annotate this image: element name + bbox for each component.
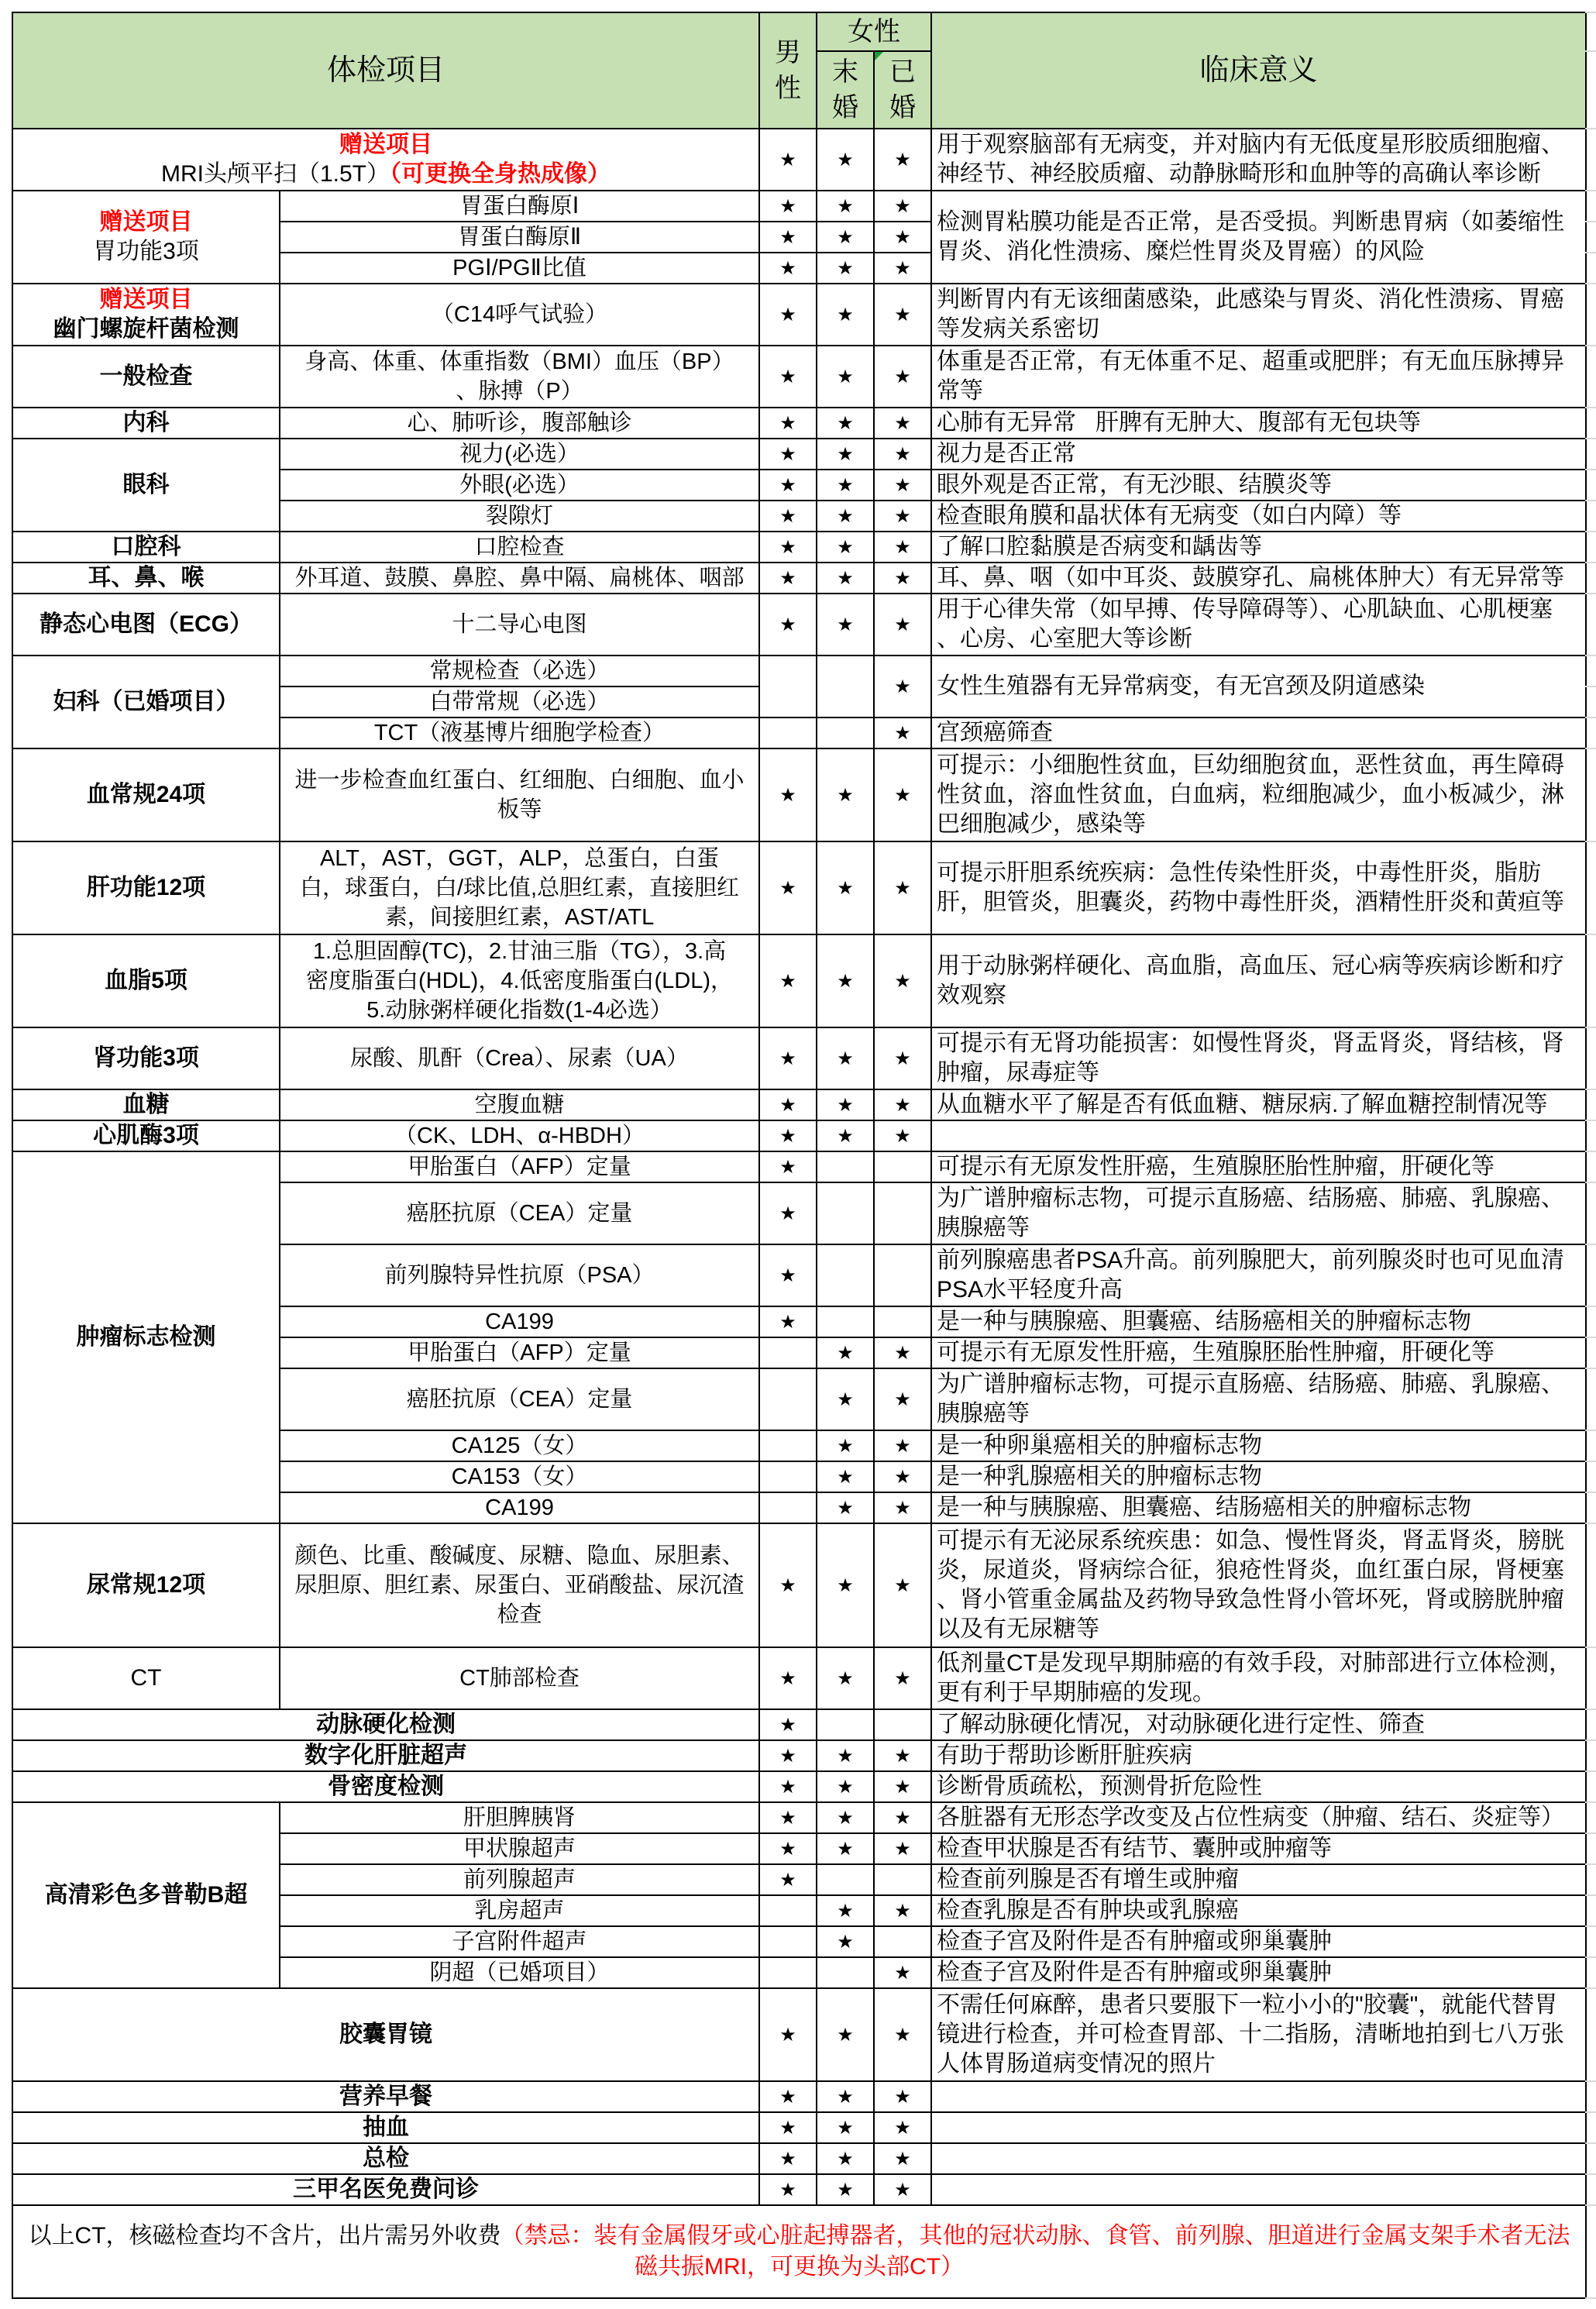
married-mark: ★	[874, 501, 931, 532]
male-mark: ★	[759, 1709, 817, 1740]
unmarried-mark	[817, 656, 874, 717]
clinical-significance-cell: 是一种乳腺癌相关的肿瘤标志物	[931, 1461, 1586, 1492]
married-mark: ★	[874, 439, 931, 470]
unmarried-mark: ★	[817, 129, 874, 191]
married-mark: ★	[874, 1523, 931, 1647]
clinical-significance-cell: 检查子宫及附件是否有肿瘤或卵巢囊肿	[931, 1926, 1586, 1957]
clinical-significance-cell: 不需任何麻醉，患者只要服下一粒小小的"胶囊"，就能代替胃 镜进行检查，并可检查胃…	[931, 1988, 1586, 2081]
table-row: 血脂5项 1.总胆固醇(TC)，2.甘油三脂（TG），3.高 密度脂蛋白(HDL…	[12, 934, 1586, 1027]
header-male: 男性	[759, 12, 817, 129]
clinical-significance-cell: 可提示：小细胞性贫血，巨幼细胞贫血，恶性贫血，再生障碍 性贫血，溶血性贫血，白血…	[931, 748, 1586, 841]
item-cell: 肝胆脾胰肾	[280, 1802, 759, 1833]
table-row: 尿常规12项 颜色、比重、酸碱度、尿糖、隐血、尿胆素、 尿胆原、胆红素、尿蛋白、…	[12, 1523, 1586, 1647]
male-mark: ★	[759, 1182, 817, 1244]
married-mark: ★	[874, 1368, 931, 1430]
unmarried-mark: ★	[817, 346, 874, 408]
married-mark: ★	[874, 129, 931, 191]
male-mark: ★	[759, 1988, 817, 2081]
item-cell: CA199	[280, 1492, 759, 1523]
married-mark: ★	[874, 2081, 931, 2112]
unmarried-mark: ★	[817, 934, 874, 1027]
male-mark: ★	[759, 563, 817, 594]
male-mark	[759, 1461, 817, 1492]
male-mark: ★	[759, 346, 817, 408]
married-mark: ★	[874, 408, 931, 439]
clinical-significance-cell: 检查眼角膜和晶状体有无病变（如白内障）等	[931, 501, 1586, 532]
unmarried-mark	[817, 1864, 874, 1895]
married-mark: ★	[874, 717, 931, 748]
married-mark	[874, 1151, 931, 1182]
category-cell: 赠送项目胃功能3项	[12, 191, 280, 284]
table-row: 骨密度检测 ★ ★ ★ 诊断骨质疏松，预测骨折危险性	[12, 1771, 1586, 1802]
table-row: 血常规24项 进一步检查血红蛋白、红细胞、白细胞、血小 板等 ★ ★ ★ 可提示…	[12, 748, 1586, 841]
married-mark: ★	[874, 470, 931, 501]
male-mark: ★	[759, 2112, 817, 2143]
married-mark: ★	[874, 253, 931, 284]
category-cell: 一般检查	[12, 346, 280, 408]
married-mark: ★	[874, 2112, 931, 2143]
category-cell: 高清彩色多普勒B超	[12, 1802, 280, 1988]
male-mark: ★	[759, 408, 817, 439]
clinical-significance-cell: 女性生殖器有无异常病变，有无宫颈及阴道感染	[931, 656, 1586, 717]
footer-warning: （禁忌：装有金属假牙或心脏起搏器者，其他的冠状动脉、食管、前列腺、胆道进行金属支…	[501, 2223, 1570, 2280]
table-row: 肝功能12项 ALT，AST，GGT，ALP，总蛋白，白蛋 白，球蛋白，白/球比…	[12, 841, 1586, 934]
table-row: CT CT肺部检查 ★ ★ ★ 低剂量CT是发现早期肺癌的有效手段，对肺部进行立…	[12, 1647, 1586, 1709]
unmarried-mark: ★	[817, 748, 874, 841]
checkup-package-table: 体检项目 男性 女性 临床意义 末婚 已婚 赠送项目MRI头颅平扫（1.5T）（…	[12, 12, 1587, 2299]
unmarried-mark: ★	[817, 2174, 874, 2205]
item-cell: 子宫附件超声	[280, 1926, 759, 1957]
gift-tag: 赠送项目	[16, 285, 276, 315]
unmarried-mark: ★	[817, 2112, 874, 2143]
clinical-significance-cell	[931, 2143, 1586, 2174]
table-row: 赠送项目胃功能3项 胃蛋白酶原Ⅰ ★ ★ ★ 检测胃粘膜功能是否正常，是否受损。…	[12, 191, 1586, 222]
married-mark: ★	[874, 1988, 931, 2081]
table-row: 总检 ★ ★ ★	[12, 2143, 1586, 2174]
clinical-significance-cell: 了解口腔黏膜是否病变和龋齿等	[931, 532, 1586, 563]
table-row: 赠送项目MRI头颅平扫（1.5T）（可更换全身热成像） ★ ★ ★ 用于观察脑部…	[12, 129, 1586, 191]
unmarried-mark: ★	[817, 594, 874, 656]
category-cell: 赠送项目MRI头颅平扫（1.5T）（可更换全身热成像）	[12, 129, 759, 191]
married-mark	[874, 1306, 931, 1337]
male-mark: ★	[759, 841, 817, 934]
clinical-significance-cell: 检查甲状腺是否有结节、囊肿或肿瘤等	[931, 1833, 1586, 1864]
married-mark: ★	[874, 2143, 931, 2174]
table-row: 一般检查 身高、体重、体重指数（BMI）血压（BP） 、脉搏（P） ★ ★ ★ …	[12, 346, 1586, 408]
clinical-significance-cell: 可提示肝胆系统疾病：急性传染性肝炎，中毒性肝炎，脂肪 肝，胆管炎，胆囊炎，药物中…	[931, 841, 1586, 934]
male-mark: ★	[759, 129, 817, 191]
unmarried-mark: ★	[817, 284, 874, 346]
unmarried-mark	[817, 1306, 874, 1337]
gift-tag: 赠送项目	[16, 130, 755, 160]
unmarried-mark: ★	[817, 501, 874, 532]
male-mark: ★	[759, 1740, 817, 1771]
clinical-significance-cell: 检查乳腺是否有肿块或乳腺癌	[931, 1895, 1586, 1926]
married-mark: ★	[874, 191, 931, 222]
married-mark: ★	[874, 934, 931, 1027]
unmarried-mark: ★	[817, 1027, 874, 1089]
clinical-significance-cell	[931, 2112, 1586, 2143]
clinical-significance-cell: 为广谱肿瘤标志物，可提示直肠癌、结肠癌、肺癌、乳腺癌、 胰腺癌等	[931, 1368, 1586, 1430]
unmarried-mark: ★	[817, 2143, 874, 2174]
male-mark: ★	[759, 1120, 817, 1151]
category-cell: 赠送项目幽门螺旋杆菌检测	[12, 284, 280, 346]
item-cell: ALT，AST，GGT，ALP，总蛋白，白蛋 白，球蛋白，白/球比值,总胆红素，…	[280, 841, 759, 934]
item-cell: 十二导心电图	[280, 594, 759, 656]
unmarried-mark: ★	[817, 1895, 874, 1926]
unmarried-mark	[817, 1151, 874, 1182]
unmarried-mark: ★	[817, 1337, 874, 1368]
header-item: 体检项目	[12, 12, 759, 129]
male-mark: ★	[759, 1647, 817, 1709]
married-mark: ★	[874, 1771, 931, 1802]
table-row: 赠送项目幽门螺旋杆菌检测 （C14呼气试验） ★ ★ ★ 判断胃内有无该细菌感染…	[12, 284, 1586, 346]
header-female: 女性	[817, 12, 931, 51]
clinical-significance-cell: 视力是否正常	[931, 439, 1586, 470]
unmarried-mark: ★	[817, 2081, 874, 2112]
male-mark: ★	[759, 1027, 817, 1089]
table-row: 心肌酶3项 （CK、LDH、α-HBDH） ★ ★ ★	[12, 1120, 1586, 1151]
married-mark: ★	[874, 748, 931, 841]
male-mark	[759, 1492, 817, 1523]
clinical-significance-cell: 用于观察脑部有无病变，并对脑内有无低度星形胶质细胞瘤、 神经节、神经胶质瘤、动静…	[931, 129, 1586, 191]
table-row: 营养早餐 ★ ★ ★	[12, 2081, 1586, 2112]
married-mark: ★	[874, 284, 931, 346]
male-mark: ★	[759, 2174, 817, 2205]
category-label: 幽门螺旋杆菌检测	[16, 315, 276, 344]
item-cell: 外眼(必选）	[280, 470, 759, 501]
male-mark: ★	[759, 439, 817, 470]
clinical-significance-cell: 是一种与胰腺癌、胆囊癌、结肠癌相关的肿瘤标志物	[931, 1492, 1586, 1523]
table-row: 妇科（已婚项目） 常规检查（必选） ★ 女性生殖器有无异常病变，有无宫颈及阴道感…	[12, 656, 1586, 687]
category-cell: 尿常规12项	[12, 1523, 280, 1647]
male-mark: ★	[759, 1864, 817, 1895]
item-cell: 尿酸、肌酐（Crea）、尿素（UA）	[280, 1027, 759, 1089]
table-row: 口腔科 口腔检查 ★ ★ ★ 了解口腔黏膜是否病变和龋齿等	[12, 532, 1586, 563]
item-cell: 胃蛋白酶原Ⅱ	[280, 222, 759, 253]
category-cell: 口腔科	[12, 532, 280, 563]
married-mark: ★	[874, 1027, 931, 1089]
item-cell: 甲状腺超声	[280, 1833, 759, 1864]
male-mark: ★	[759, 748, 817, 841]
unmarried-mark	[817, 717, 874, 748]
unmarried-mark: ★	[817, 1089, 874, 1120]
item-cell: 颜色、比重、酸碱度、尿糖、隐血、尿胆素、 尿胆原、胆红素、尿蛋白、亚硝酸盐、尿沉…	[280, 1523, 759, 1647]
married-mark: ★	[874, 346, 931, 408]
category-cell: 肾功能3项	[12, 1027, 280, 1089]
category-cell: 肿瘤标志检测	[12, 1151, 280, 1523]
clinical-significance-cell: 检查前列腺是否有增生或肿瘤	[931, 1864, 1586, 1895]
male-mark: ★	[759, 222, 817, 253]
unmarried-mark: ★	[817, 1740, 874, 1771]
unmarried-mark: ★	[817, 191, 874, 222]
married-mark: ★	[874, 1740, 931, 1771]
clinical-significance-cell: 诊断骨质疏松，预测骨折危险性	[931, 1771, 1586, 1802]
table-row: 三甲名医免费问诊 ★ ★ ★	[12, 2174, 1586, 2205]
married-mark: ★	[874, 1647, 931, 1709]
married-mark: ★	[874, 1120, 931, 1151]
clinical-significance-cell: 可提示有无肾功能损害：如慢性肾炎，肾盂肾炎，肾结核，肾 肿瘤，尿毒症等	[931, 1027, 1586, 1089]
married-mark	[874, 1709, 931, 1740]
item-cell: 外耳道、鼓膜、鼻腔、鼻中隔、扁桃体、咽部	[280, 563, 759, 594]
item-cell: CT肺部检查	[280, 1647, 759, 1709]
gift-tag: 赠送项目	[16, 208, 276, 237]
married-mark: ★	[874, 1430, 931, 1461]
header-male-label: 男性	[773, 35, 802, 106]
married-mark: ★	[874, 841, 931, 934]
category-cell: 血糖	[12, 1089, 280, 1120]
married-mark: ★	[874, 1461, 931, 1492]
unmarried-mark: ★	[817, 470, 874, 501]
item-cell: （C14呼气试验）	[280, 284, 759, 346]
male-mark: ★	[759, 2081, 817, 2112]
married-mark: ★	[874, 532, 931, 563]
male-mark: ★	[759, 934, 817, 1027]
unmarried-mark: ★	[817, 1523, 874, 1647]
married-mark	[874, 1244, 931, 1306]
category-cell: 耳、鼻、喉	[12, 563, 280, 594]
unmarried-mark: ★	[817, 1120, 874, 1151]
unmarried-mark: ★	[817, 222, 874, 253]
male-mark: ★	[759, 1089, 817, 1120]
item-cell: 视力(必选）	[280, 439, 759, 470]
sheet-gridlines	[1585, 0, 1596, 2309]
clinical-significance-cell: 有助于帮助诊断肝脏疾病	[931, 1740, 1586, 1771]
clinical-significance-cell: 是一种与胰腺癌、胆囊癌、结肠癌相关的肿瘤标志物	[931, 1306, 1586, 1337]
header-unmarried: 末婚	[817, 51, 874, 129]
category-cell: 内科	[12, 408, 280, 439]
clinical-significance-cell: 心肺有无异常 肝脾有无肿大、腹部有无包块等	[931, 408, 1586, 439]
item-cell: 心、肺听诊，腹部触诊	[280, 408, 759, 439]
header-clinical: 临床意义	[931, 12, 1586, 129]
male-mark: ★	[759, 594, 817, 656]
clinical-significance-cell	[931, 1120, 1586, 1151]
header-unmarried-label: 末婚	[831, 54, 859, 126]
male-mark: ★	[759, 253, 817, 284]
unmarried-mark: ★	[817, 1771, 874, 1802]
unmarried-mark: ★	[817, 563, 874, 594]
male-mark: ★	[759, 191, 817, 222]
unmarried-mark	[817, 1182, 874, 1244]
item-cell: 癌胚抗原（CEA）定量	[280, 1368, 759, 1430]
unmarried-mark: ★	[817, 1926, 874, 1957]
unmarried-mark: ★	[817, 1461, 874, 1492]
unmarried-mark: ★	[817, 439, 874, 470]
comment-indicator-icon	[875, 52, 883, 60]
male-mark	[759, 1430, 817, 1461]
unmarried-mark: ★	[817, 532, 874, 563]
unmarried-mark: ★	[817, 1833, 874, 1864]
clinical-significance-cell: 可提示有无原发性肝癌，生殖腺胚胎性肿瘤，肝硬化等	[931, 1337, 1586, 1368]
unmarried-mark: ★	[817, 1802, 874, 1833]
footer-row: 以上CT，核磁检查均不含片，出片需另外收费（禁忌：装有金属假牙或心脏起搏器者，其…	[12, 2205, 1586, 2298]
table-row: 动脉硬化检测 ★ 了解动脉硬化情况，对动脉硬化进行定性、筛查	[12, 1709, 1586, 1740]
clinical-significance-cell: 为广谱肿瘤标志物，可提示直肠癌、结肠癌、肺癌、乳腺癌、 胰腺癌等	[931, 1182, 1586, 1244]
table-row: 高清彩色多普勒B超 肝胆脾胰肾 ★ ★ ★ 各脏器有无形态学改变及占位性病变（肿…	[12, 1802, 1586, 1833]
male-mark: ★	[759, 470, 817, 501]
married-mark: ★	[874, 1337, 931, 1368]
table-row: 血糖 空腹血糖 ★ ★ ★ 从血糖水平了解是否有低血糖、糖尿病.了解血糖控制情况…	[12, 1089, 1586, 1120]
married-mark: ★	[874, 1895, 931, 1926]
male-mark	[759, 1895, 817, 1926]
header-married: 已婚	[874, 51, 931, 129]
male-mark	[759, 717, 817, 748]
unmarried-mark: ★	[817, 253, 874, 284]
header-row: 体检项目 男性 女性 临床意义	[12, 12, 1586, 51]
male-mark	[759, 656, 817, 717]
male-mark: ★	[759, 1244, 817, 1306]
clinical-significance-cell: 用于动脉粥样硬化、高血脂，高血压、冠心病等疾病诊断和疗 效观察	[931, 934, 1586, 1027]
clinical-significance-cell	[931, 2081, 1586, 2112]
item-cell: 常规检查（必选）	[280, 656, 759, 687]
item-cell: （CK、LDH、α-HBDH）	[280, 1120, 759, 1151]
category-cell: 肝功能12项	[12, 841, 280, 934]
footer-note-cell: 以上CT，核磁检查均不含片，出片需另外收费（禁忌：装有金属假牙或心脏起搏器者，其…	[12, 2205, 1586, 2298]
category-note: （可更换全身热成像）	[390, 161, 611, 187]
male-mark: ★	[759, 2143, 817, 2174]
clinical-significance-cell: 用于心律失常（如早搏、传导障碍等）、心肌缺血、心肌梗塞 、心房、心室肥大等诊断	[931, 594, 1586, 656]
item-cell: CA153（女）	[280, 1461, 759, 1492]
category-cell: 心肌酶3项	[12, 1120, 280, 1151]
clinical-significance-cell: 是一种卵巢癌相关的肿瘤标志物	[931, 1430, 1586, 1461]
category-cell: 胶囊胃镜	[12, 1988, 759, 2081]
male-mark: ★	[759, 284, 817, 346]
married-mark	[874, 1182, 931, 1244]
category-cell: 血脂5项	[12, 934, 280, 1027]
male-mark: ★	[759, 532, 817, 563]
married-mark: ★	[874, 656, 931, 717]
married-mark: ★	[874, 222, 931, 253]
unmarried-mark	[817, 1709, 874, 1740]
table-row: 内科 心、肺听诊，腹部触诊 ★ ★ ★ 心肺有无异常 肝脾有无肿大、腹部有无包块…	[12, 408, 1586, 439]
table-row: 肾功能3项 尿酸、肌酐（Crea）、尿素（UA） ★ ★ ★ 可提示有无肾功能损…	[12, 1027, 1586, 1089]
item-cell: 胃蛋白酶原Ⅰ	[280, 191, 759, 222]
married-mark: ★	[874, 594, 931, 656]
male-mark: ★	[759, 1306, 817, 1337]
item-cell: 白带常规（必选）	[280, 687, 759, 717]
clinical-significance-cell: 宫颈癌筛查	[931, 717, 1586, 748]
clinical-significance-cell: 体重是否正常，有无体重不足、超重或肥胖；有无血压脉搏异 常等	[931, 346, 1586, 408]
clinical-significance-cell: 可提示有无原发性肝癌，生殖腺胚胎性肿瘤，肝硬化等	[931, 1151, 1586, 1182]
clinical-significance-cell: 从血糖水平了解是否有低血糖、糖尿病.了解血糖控制情况等	[931, 1089, 1586, 1120]
unmarried-mark: ★	[817, 1430, 874, 1461]
male-mark	[759, 1926, 817, 1957]
item-cell: 口腔检查	[280, 532, 759, 563]
unmarried-mark: ★	[817, 1647, 874, 1709]
unmarried-mark	[817, 1244, 874, 1306]
item-cell: 裂隙灯	[280, 501, 759, 532]
clinical-significance-cell: 低剂量CT是发现早期肺癌的有效手段，对肺部进行立体检测， 更有利于早期肺癌的发现…	[931, 1647, 1586, 1709]
married-mark: ★	[874, 1492, 931, 1523]
item-cell: TCT（液基博片细胞学检查）	[280, 717, 759, 748]
unmarried-mark	[817, 1957, 874, 1988]
footer-note: 以上CT，核磁检查均不含片，出片需另外收费	[29, 2223, 501, 2249]
item-cell: 癌胚抗原（CEA）定量	[280, 1182, 759, 1244]
male-mark: ★	[759, 1833, 817, 1864]
item-cell: 甲胎蛋白（AFP）定量	[280, 1337, 759, 1368]
item-cell: 身高、体重、体重指数（BMI）血压（BP） 、脉搏（P）	[280, 346, 759, 408]
category-cell: CT	[12, 1647, 280, 1709]
category-cell: 营养早餐	[12, 2081, 759, 2112]
clinical-significance-cell: 检查子宫及附件是否有肿瘤或卵巢囊肿	[931, 1957, 1586, 1988]
category-cell: 总检	[12, 2143, 759, 2174]
header-married-label: 已婚	[888, 54, 917, 126]
clinical-significance-cell: 眼外观是否正常，有无沙眼、结膜炎等	[931, 470, 1586, 501]
male-mark: ★	[759, 1151, 817, 1182]
clinical-significance-cell: 可提示有无泌尿系统疾患：如急、慢性肾炎，肾盂肾炎，膀胱 炎，尿道炎，肾病综合征，…	[931, 1523, 1586, 1647]
unmarried-mark: ★	[817, 1988, 874, 2081]
item-cell: 甲胎蛋白（AFP）定量	[280, 1151, 759, 1182]
table-row: 肿瘤标志检测 甲胎蛋白（AFP）定量 ★ 可提示有无原发性肝癌，生殖腺胚胎性肿瘤…	[12, 1151, 1586, 1182]
married-mark: ★	[874, 563, 931, 594]
clinical-significance-cell: 检测胃粘膜功能是否正常，是否受损。判断患胃病（如萎缩性 胃炎、消化性溃疡、糜烂性…	[931, 191, 1586, 284]
married-mark: ★	[874, 1802, 931, 1833]
category-cell: 血常规24项	[12, 748, 280, 841]
category-cell: 眼科	[12, 439, 280, 532]
item-cell: 前列腺特异性抗原（PSA）	[280, 1244, 759, 1306]
male-mark	[759, 1368, 817, 1430]
male-mark: ★	[759, 501, 817, 532]
item-cell: PGⅠ/PGⅡ比值	[280, 253, 759, 284]
unmarried-mark: ★	[817, 408, 874, 439]
table-row: 数字化肝脏超声 ★ ★ ★ 有助于帮助诊断肝脏疾病	[12, 1740, 1586, 1771]
table-row: 静态心电图（ECG） 十二导心电图 ★ ★ ★ 用于心律失常（如早搏、传导障碍等…	[12, 594, 1586, 656]
category-cell: 动脉硬化检测	[12, 1709, 759, 1740]
married-mark: ★	[874, 1957, 931, 1988]
clinical-significance-cell	[931, 2174, 1586, 2205]
married-mark: ★	[874, 1089, 931, 1120]
clinical-significance-cell: 前列腺癌患者PSA升高。前列腺肥大，前列腺炎时也可见血清 PSA水平轻度升高	[931, 1244, 1586, 1306]
married-mark: ★	[874, 2174, 931, 2205]
item-cell: 进一步检查血红蛋白、红细胞、白细胞、血小 板等	[280, 748, 759, 841]
item-cell: 阴超（已婚项目）	[280, 1957, 759, 1988]
male-mark: ★	[759, 1523, 817, 1647]
clinical-significance-cell: 判断胃内有无该细菌感染，此感染与胃炎、消化性溃疡、胃癌 等发病关系密切	[931, 284, 1586, 346]
item-cell: 乳房超声	[280, 1895, 759, 1926]
table-row: 眼科 视力(必选） ★ ★ ★ 视力是否正常	[12, 439, 1586, 470]
item-cell: CA125（女）	[280, 1430, 759, 1461]
category-cell: 数字化肝脏超声	[12, 1740, 759, 1771]
category-label: 胃功能3项	[16, 237, 276, 267]
unmarried-mark: ★	[817, 1492, 874, 1523]
clinical-significance-cell: 各脏器有无形态学改变及占位性病变（肿瘤、结石、炎症等）	[931, 1802, 1586, 1833]
married-mark	[874, 1864, 931, 1895]
item-cell: 1.总胆固醇(TC)，2.甘油三脂（TG），3.高 密度脂蛋白(HDL)，4.低…	[280, 934, 759, 1027]
category-cell: 妇科（已婚项目）	[12, 656, 280, 748]
male-mark	[759, 1337, 817, 1368]
married-mark: ★	[874, 1833, 931, 1864]
table-row: 胶囊胃镜 ★ ★ ★ 不需任何麻醉，患者只要服下一粒小小的"胶囊"，就能代替胃 …	[12, 1988, 1586, 2081]
clinical-significance-cell: 耳、鼻、咽（如中耳炎、鼓膜穿孔、扁桃体肿大）有无异常等	[931, 563, 1586, 594]
item-cell: 前列腺超声	[280, 1864, 759, 1895]
table-row: 抽血 ★ ★ ★	[12, 2112, 1586, 2143]
unmarried-mark: ★	[817, 841, 874, 934]
married-mark	[874, 1926, 931, 1957]
unmarried-mark: ★	[817, 1368, 874, 1430]
table-row: 耳、鼻、喉 外耳道、鼓膜、鼻腔、鼻中隔、扁桃体、咽部 ★ ★ ★ 耳、鼻、咽（如…	[12, 563, 1586, 594]
item-cell: CA199	[280, 1306, 759, 1337]
male-mark	[759, 1957, 817, 1988]
category-cell: 抽血	[12, 2112, 759, 2143]
item-cell: 空腹血糖	[280, 1089, 759, 1120]
clinical-significance-cell: 了解动脉硬化情况，对动脉硬化进行定性、筛查	[931, 1709, 1586, 1740]
male-mark: ★	[759, 1771, 817, 1802]
category-cell: 骨密度检测	[12, 1771, 759, 1802]
category-label: MRI头颅平扫（1.5T）	[161, 161, 390, 187]
male-mark: ★	[759, 1802, 817, 1833]
category-cell: 静态心电图（ECG）	[12, 594, 280, 656]
category-cell: 三甲名医免费问诊	[12, 2174, 759, 2205]
